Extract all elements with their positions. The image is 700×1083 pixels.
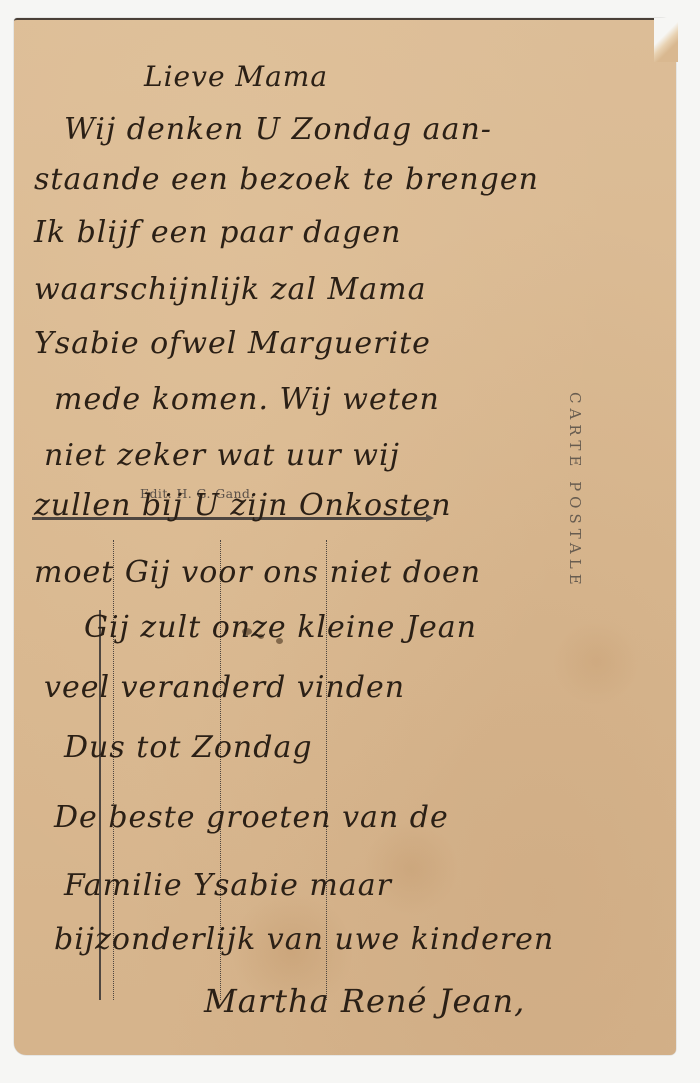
- letter-line: niet zeker wat uur wij: [44, 438, 400, 473]
- postcard-back: CARTE POSTALE Edit. H. G. Gand. Lieve Ma…: [14, 18, 676, 1055]
- torn-corner: [654, 18, 678, 62]
- letter-line: Gij zult onze kleine Jean: [84, 610, 477, 645]
- letter-line: Ysabie ofwel Marguerite: [34, 326, 431, 361]
- letter-line: De beste groeten van de: [54, 800, 449, 835]
- letter-line: Dus tot Zondag: [64, 730, 313, 765]
- letter-line: waarschijnlijk zal Mama: [34, 272, 427, 307]
- letter-line: moet Gij voor ons niet doen: [34, 555, 481, 590]
- letter-line: Familie Ysabie maar: [64, 868, 392, 903]
- carte-postale-label: CARTE POSTALE: [566, 392, 584, 590]
- letter-line: mede komen. Wij weten: [54, 382, 440, 417]
- letter-line: Ik blijf een paar dagen: [34, 215, 402, 250]
- letter-line: staande een bezoek te brengen: [34, 162, 539, 197]
- letter-line: veel veranderd vinden: [44, 670, 405, 705]
- letter-line: zullen bij U zijn Onkosten: [34, 488, 452, 523]
- letter-line: Wij denken U Zondag aan-: [64, 112, 492, 147]
- scan-background: CARTE POSTALE Edit. H. G. Gand. Lieve Ma…: [0, 0, 700, 1083]
- salutation: Lieve Mama: [144, 60, 328, 93]
- signature: Martha René Jean,: [204, 982, 525, 1020]
- letter-line: bijzonderlijk van uwe kinderen: [54, 922, 554, 957]
